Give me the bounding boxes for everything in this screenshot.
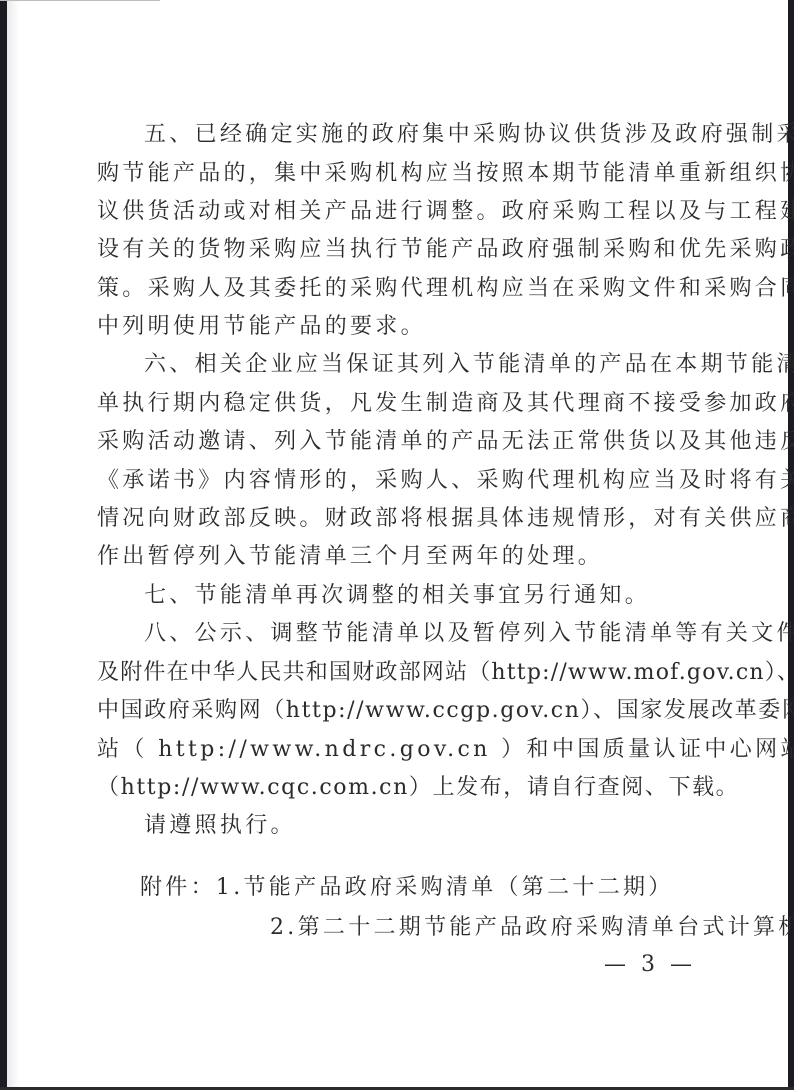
- text-line: 站（ http://www.ndrc.gov.cn ）和中国质量认证中心网站: [97, 735, 697, 765]
- attachment-item-1: 1.节能产品政府采购清单（第二十二期）: [216, 875, 674, 900]
- document-page: 五、已经确定实施的政府集中采购协议供货涉及政府强制采 购节能产品的，集中采购机构…: [0, 0, 794, 1090]
- text-line: 八、公示、调整节能清单以及暂停列入节能清单等有关文件: [144, 619, 744, 649]
- attachments-label-text: 附件：: [140, 875, 216, 900]
- text-line: 议供货活动或对相关产品进行调整。政府采购工程以及与工程建: [97, 197, 697, 227]
- page-number: — 3 —: [604, 951, 696, 979]
- text-line: 作出暂停列入节能清单三个月至两年的处理。: [97, 542, 697, 572]
- text-line: 情况向财政部反映。财政部将根据具体违规情形，对有关供应商: [97, 504, 697, 534]
- text-line: 中国政府采购网（http://www.ccgp.gov.cn）、国家发展改革委网: [97, 696, 697, 726]
- text-line: 策。采购人及其委托的采购代理机构应当在采购文件和采购合同: [97, 274, 697, 304]
- text-line: 六、相关企业应当保证其列入节能清单的产品在本期节能清: [144, 350, 744, 380]
- text-line: 单执行期内稳定供货，凡发生制造商及其代理商不接受参加政府: [97, 389, 697, 419]
- text-line: 请遵照执行。: [144, 811, 744, 841]
- attachments-label: 附件：1.节能产品政府采购清单（第二十二期）: [140, 873, 740, 903]
- text-line: 五、已经确定实施的政府集中采购协议供货涉及政府强制采: [144, 120, 744, 150]
- text-line: 及附件在中华人民共和国财政部网站（http://www.mof.gov.cn）、: [97, 658, 697, 688]
- text-line: 七、节能清单再次调整的相关事宜另行通知。: [144, 581, 744, 611]
- text-line: 中列明使用节能产品的要求。: [97, 312, 697, 342]
- attachment-item-2: 2.第二十二期节能产品政府采购清单台式计算机性能: [270, 913, 794, 943]
- text-line: （http://www.cqc.com.cn）上发布，请自行查阅、下载。: [97, 773, 697, 803]
- text-line: 设有关的货物采购应当执行节能产品政府强制采购和优先采购政: [97, 235, 697, 265]
- text-line: 采购活动邀请、列入节能清单的产品无法正常供货以及其他违反: [97, 427, 697, 457]
- text-line: 《承诺书》内容情形的，采购人、采购代理机构应当及时将有关: [97, 466, 697, 496]
- text-line: 购节能产品的，集中采购机构应当按照本期节能清单重新组织协: [97, 159, 697, 189]
